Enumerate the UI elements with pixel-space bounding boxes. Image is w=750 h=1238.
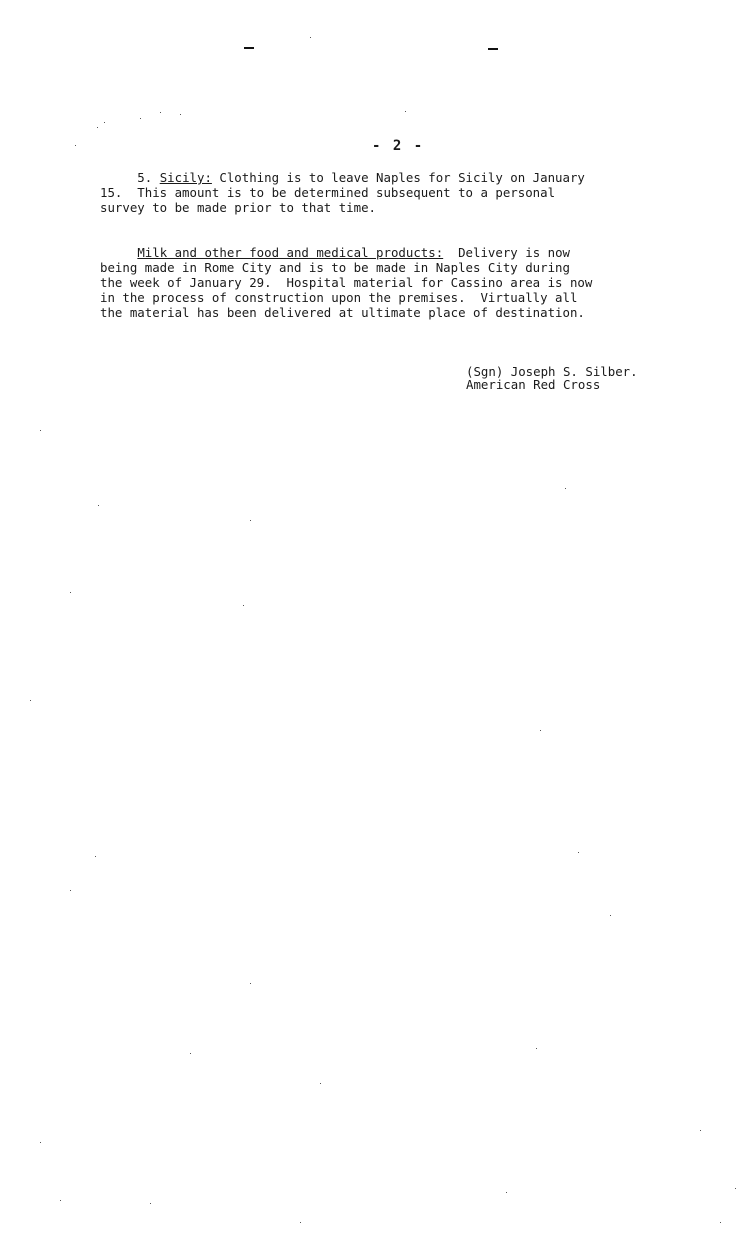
paragraph-indent: 5. (100, 170, 160, 185)
page-number: - 2 - (372, 138, 424, 154)
paragraph-heading: Sicily: (160, 170, 212, 185)
document-page: - 2 - 5. Sicily: Clothing is to leave Na… (0, 0, 750, 1238)
signature-organization: American Red Cross (466, 377, 600, 392)
paragraph-line: Delivery is now (443, 245, 570, 260)
punch-mark (244, 47, 254, 49)
paragraph-line: 15. This amount is to be determined subs… (100, 185, 555, 200)
paragraph-milk-food-medical: Milk and other food and medical products… (100, 245, 700, 320)
paragraph-line: being made in Rome City and is to be mad… (100, 260, 570, 275)
paragraph-line: the material has been delivered at ultim… (100, 305, 585, 320)
paragraph-line: survey to be made prior to that time. (100, 200, 376, 215)
signature-block: (Sgn) Joseph S. Silber. American Red Cro… (466, 365, 638, 391)
punch-mark (488, 48, 498, 50)
paragraph-line: in the process of construction upon the … (100, 290, 577, 305)
paragraph-heading: Milk and other food and medical products… (137, 245, 443, 260)
paragraph-line: the week of January 29. Hospital materia… (100, 275, 592, 290)
paragraph-sicily: 5. Sicily: Clothing is to leave Naples f… (100, 170, 700, 215)
paragraph-line: Clothing is to leave Naples for Sicily o… (212, 170, 585, 185)
paragraph-indent (100, 245, 137, 260)
